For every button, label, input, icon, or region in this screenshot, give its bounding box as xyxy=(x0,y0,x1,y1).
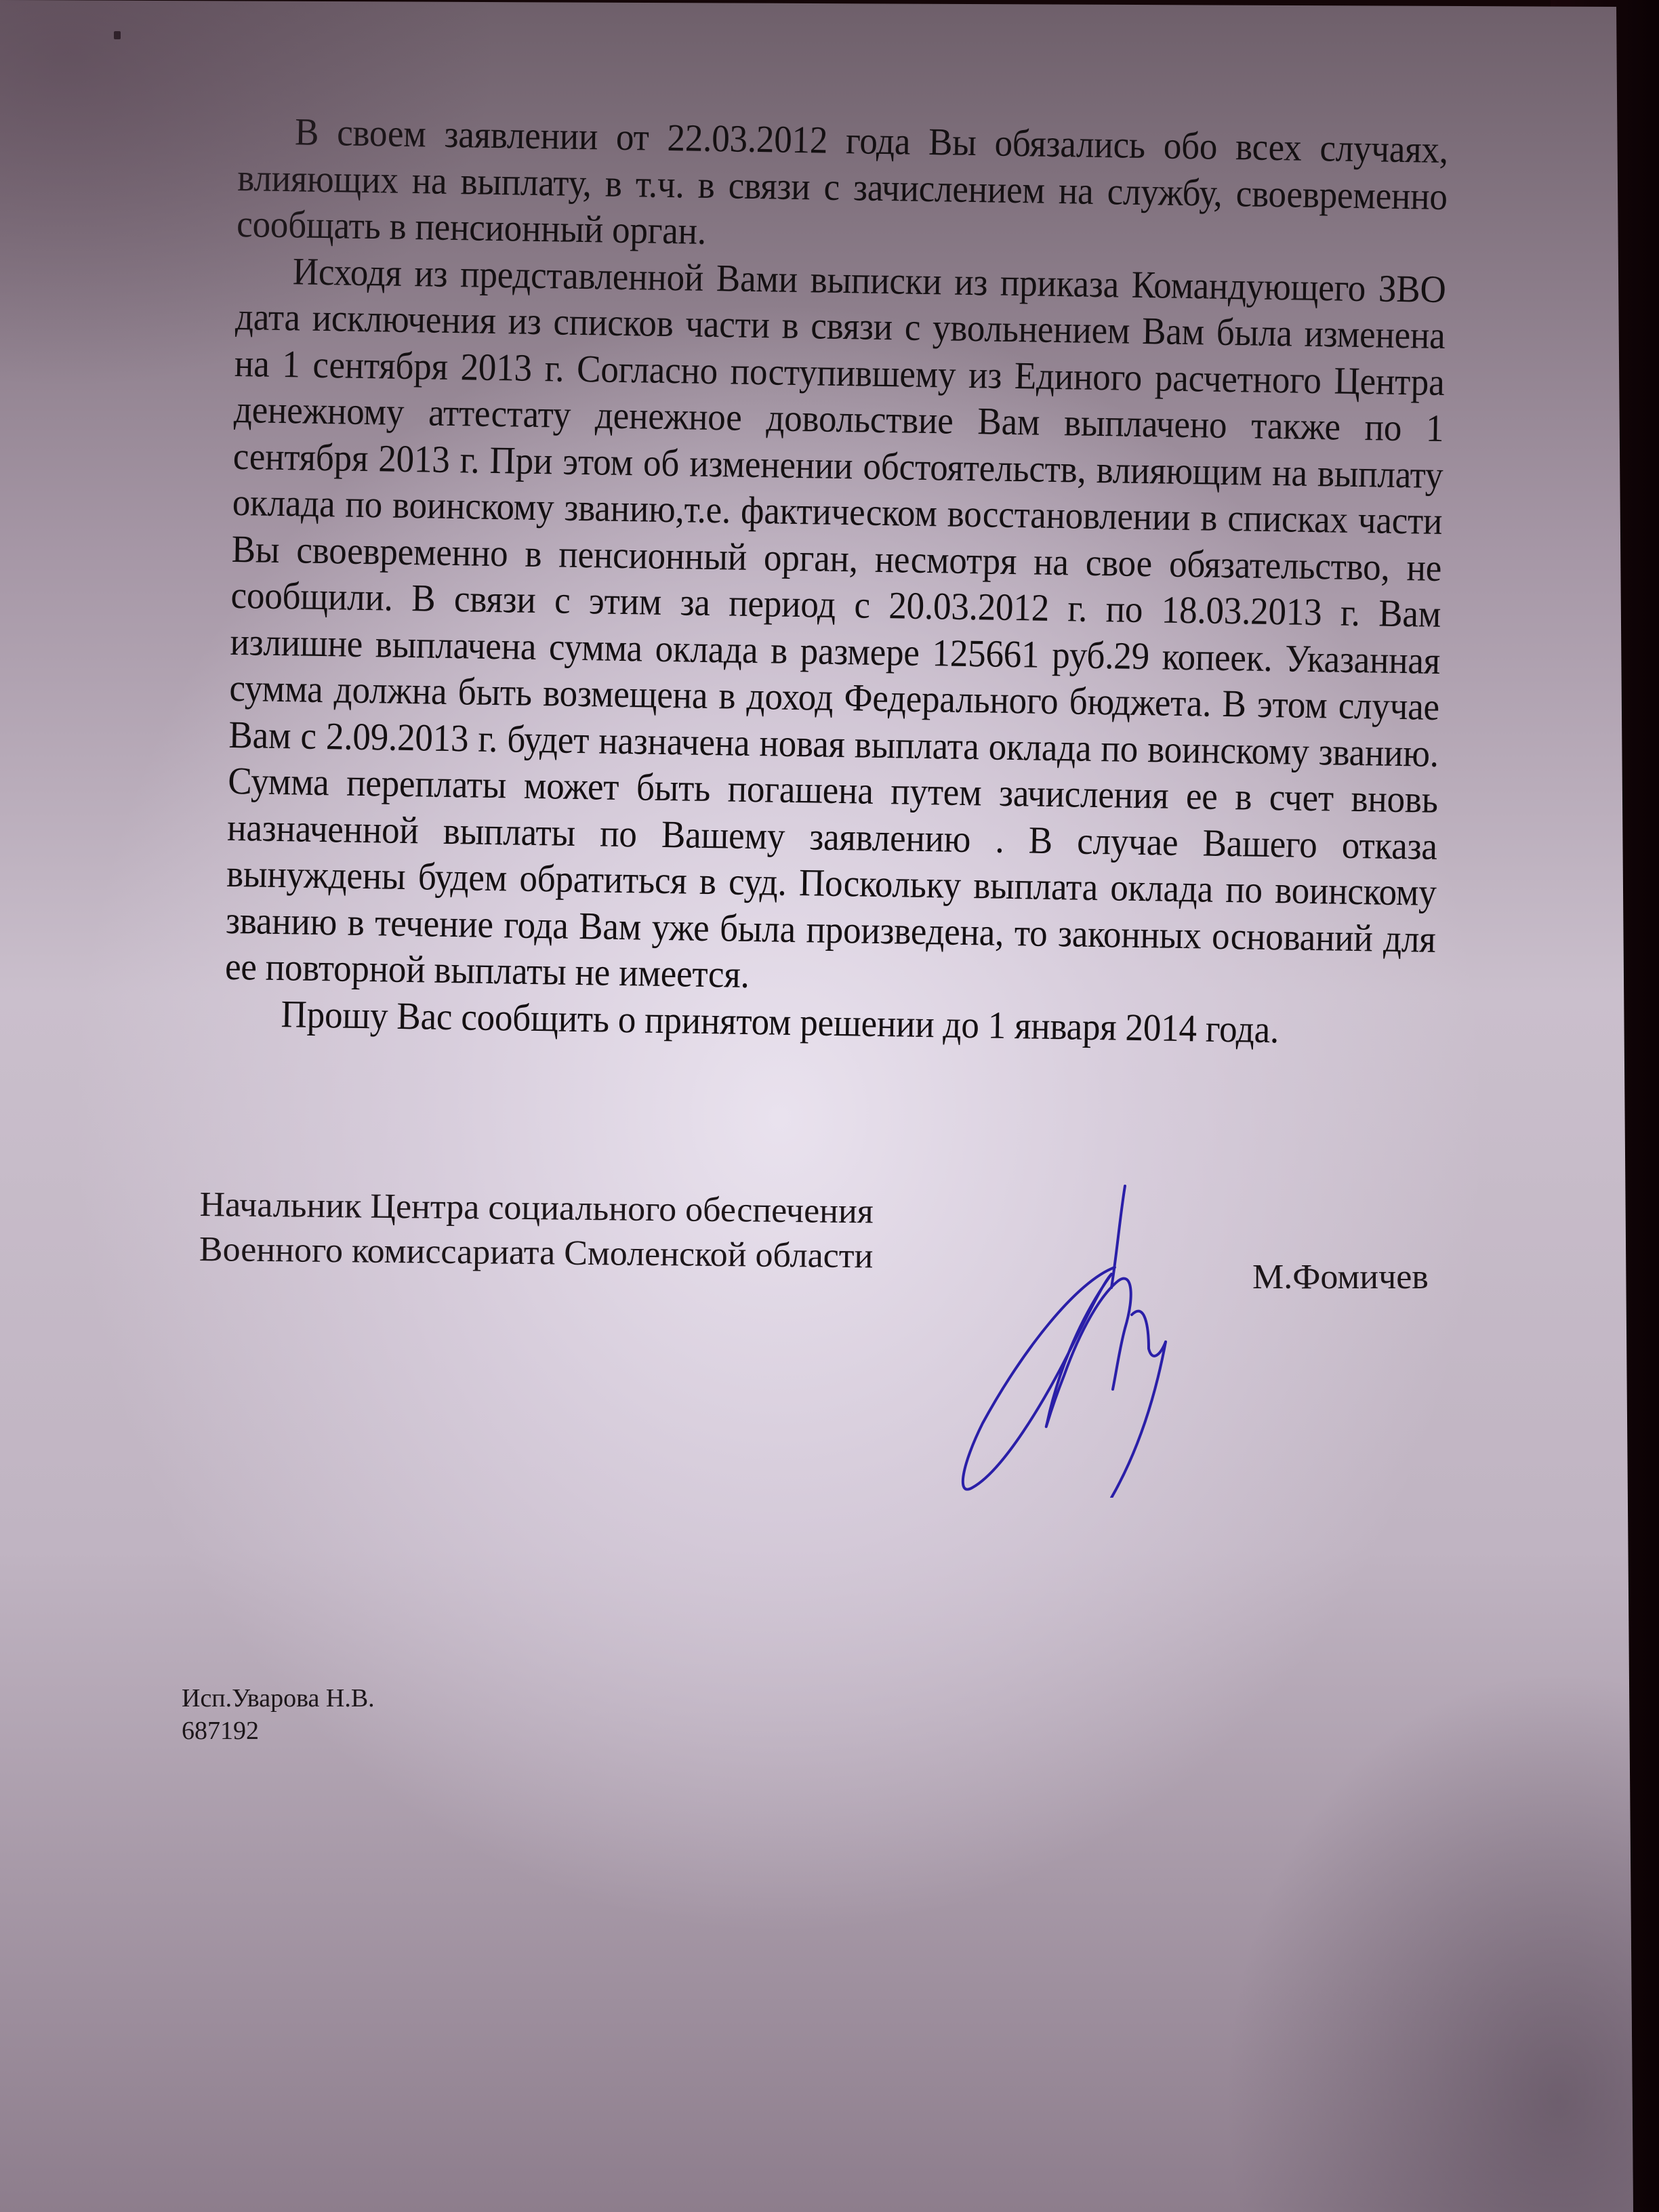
paper-sheet: В своем заявлении от 22.03.2012 года Вы … xyxy=(0,0,1633,2212)
signatory-name: М.Фомичев xyxy=(1252,1257,1429,1297)
paper-speck xyxy=(114,31,121,39)
executor-phone: 687192 xyxy=(182,1715,375,1747)
signatory-title-line-1: Начальник Центра социального обеспечения xyxy=(199,1183,874,1234)
signatory-title: Начальник Центра социального обеспечения… xyxy=(199,1183,874,1279)
paragraph-overpayment: Исходя из представленной Вами выписки из… xyxy=(225,247,1447,1009)
letter-body: В своем заявлении от 22.03.2012 года Вы … xyxy=(224,108,1448,1056)
paragraph-obligation: В своем заявлении от 22.03.2012 года Вы … xyxy=(237,108,1449,267)
signatory-title-line-2: Военного комиссариата Смоленской области xyxy=(199,1227,874,1279)
executor-block: Исп.Уварова Н.В. 687192 xyxy=(182,1682,375,1747)
executor-name: Исп.Уварова Н.В. xyxy=(182,1682,375,1715)
signature-icon xyxy=(942,1179,1247,1498)
